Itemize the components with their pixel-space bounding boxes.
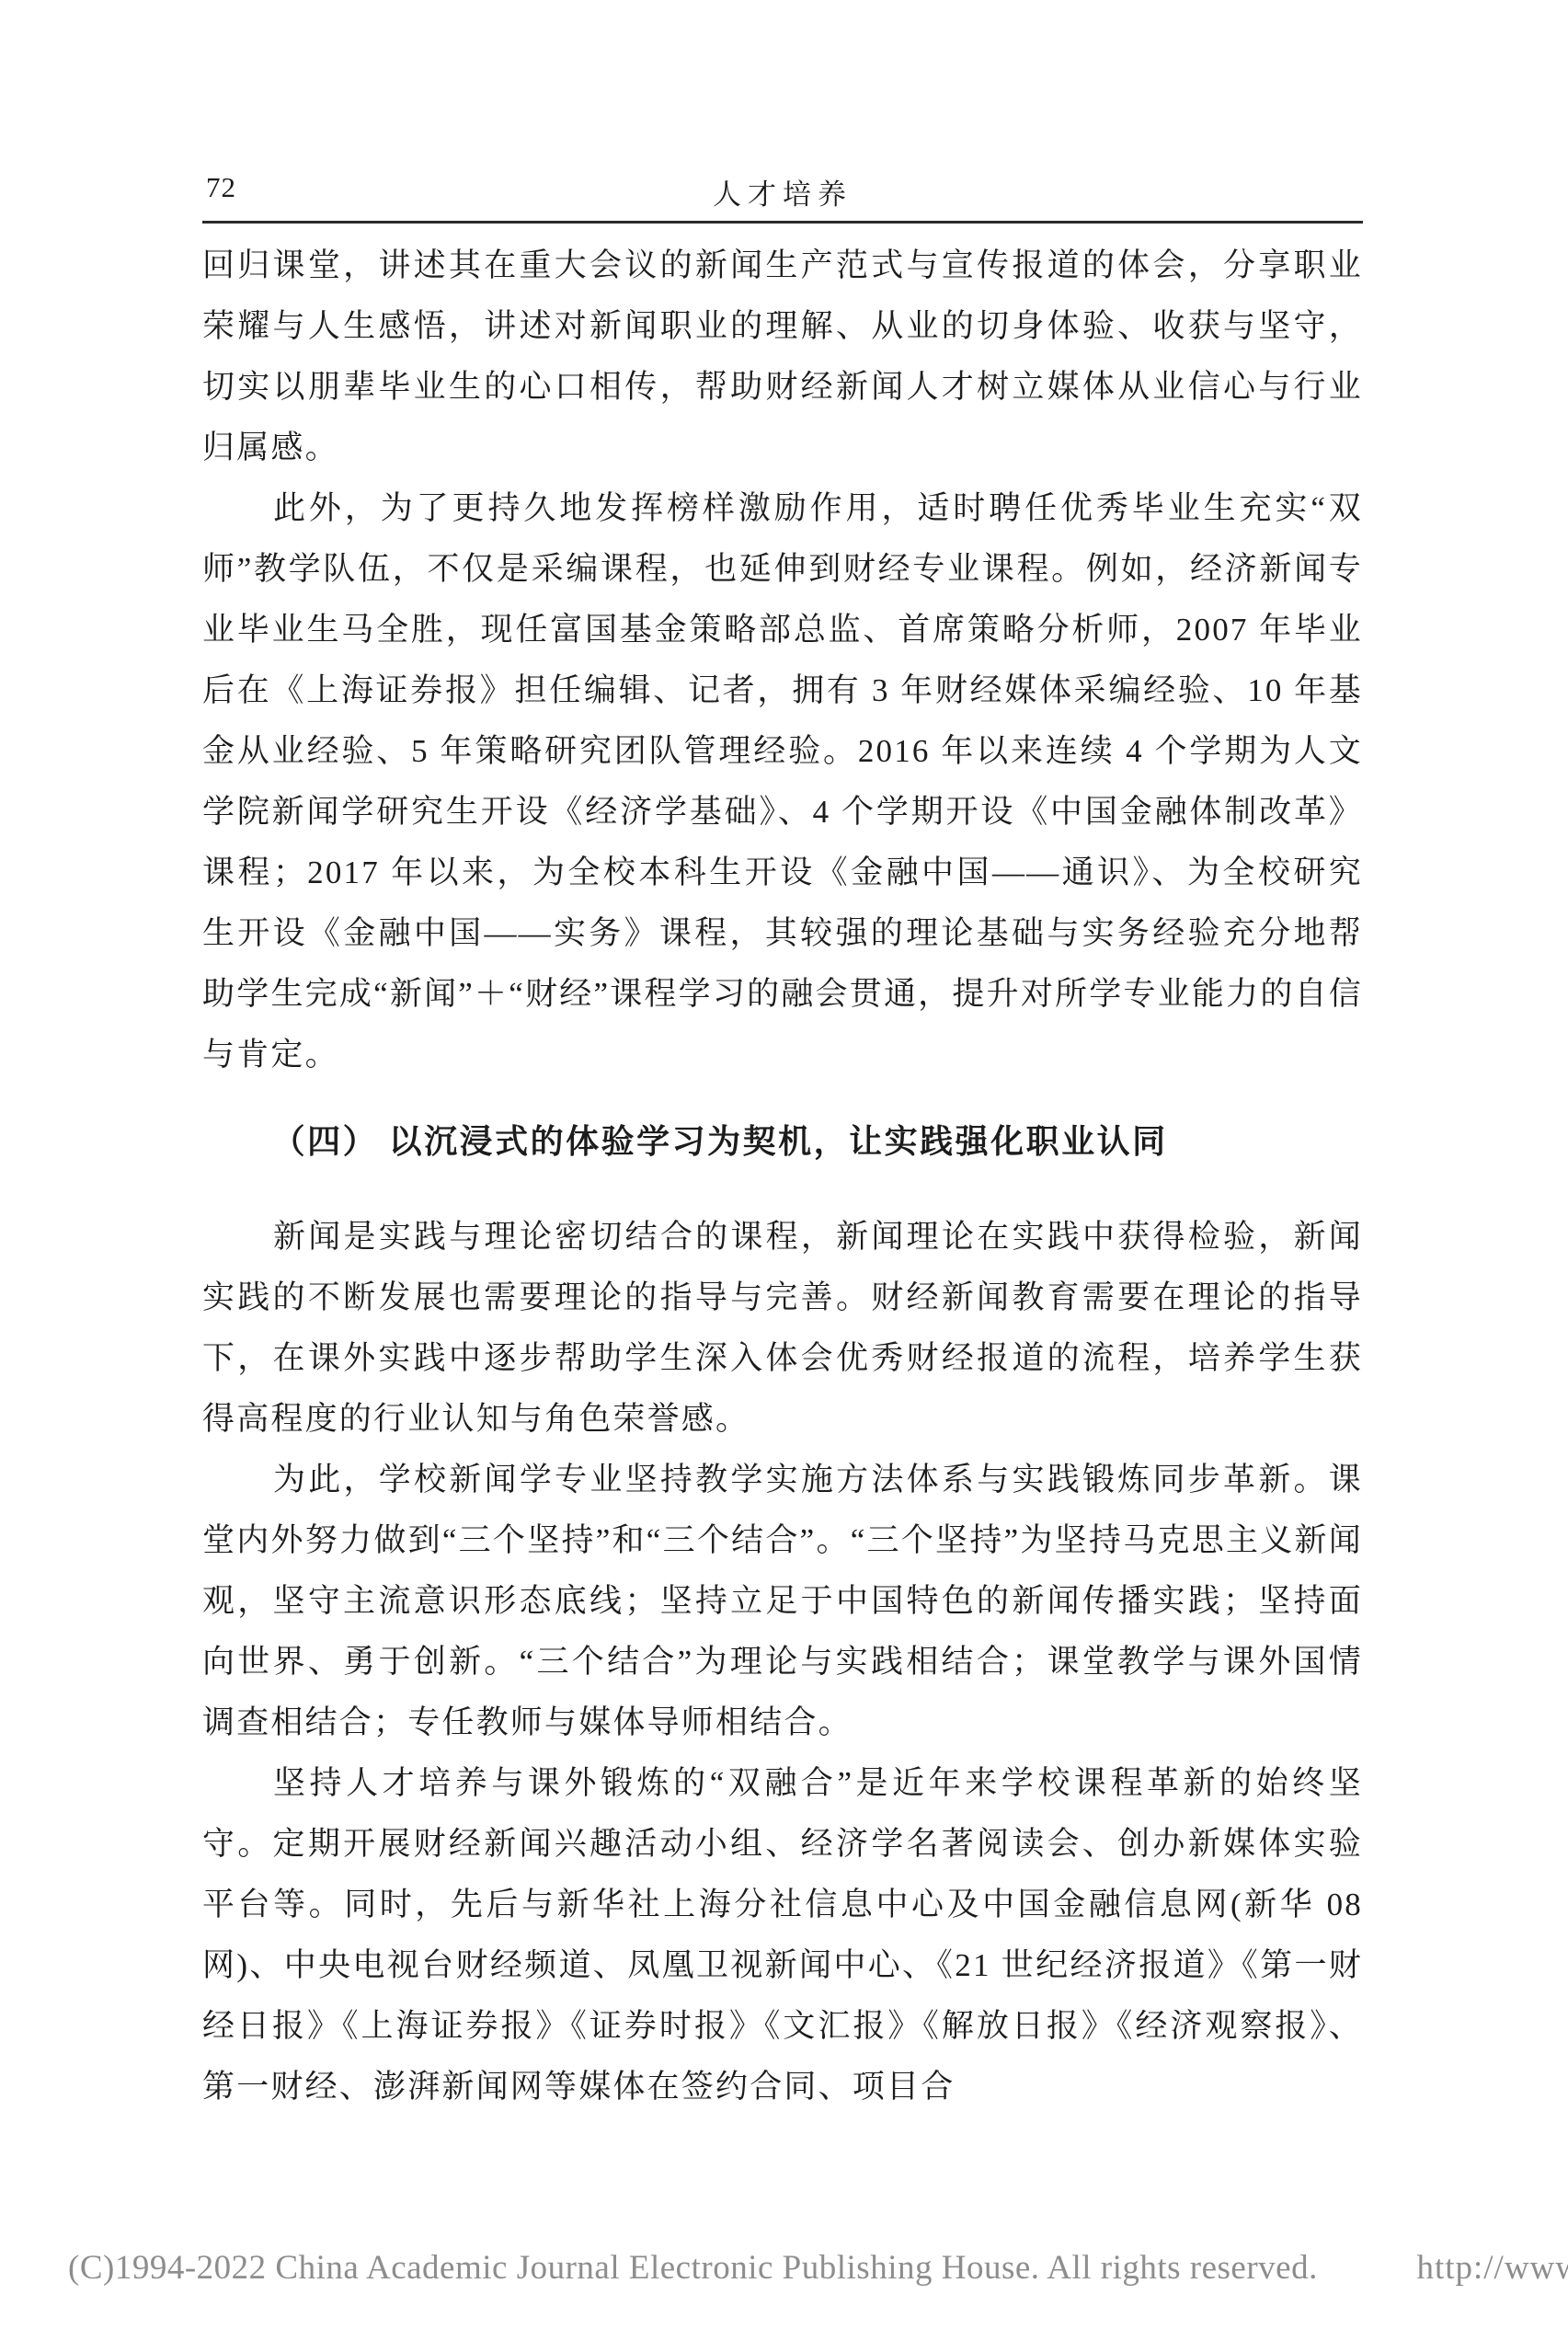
footer-url: http://www: [1416, 2248, 1568, 2288]
page-footer: (C)1994-2022 China Academic Journal Elec…: [0, 2248, 1568, 2303]
header-rule: [202, 221, 1363, 224]
paragraph: 新闻是实践与理论密切结合的课程，新闻理论在实践中获得检验，新闻实践的不断发展也需…: [202, 1207, 1363, 1450]
paragraph: 为此，学校新闻学专业坚持教学实施方法体系与实践锻炼同步革新。课堂内外努力做到“三…: [202, 1450, 1363, 1753]
body-text: 回归课堂，讲述其在重大会议的新闻生产范式与宣传报道的体会，分享职业荣耀与人生感悟…: [202, 235, 1363, 2117]
running-title: 人才培养: [202, 171, 1363, 212]
footer-copyright: (C)1994-2022 China Academic Journal Elec…: [68, 2248, 1318, 2288]
paragraph: 坚持人才培养与课外锻炼的“双融合”是近年来学校课程革新的始终坚守。定期开展财经新…: [202, 1753, 1363, 2117]
paragraph: 此外，为了更持久地发挥榜样激励作用，适时聘任优秀毕业生充实“双师”教学队伍，不仅…: [202, 478, 1363, 1085]
paragraph: 回归课堂，讲述其在重大会议的新闻生产范式与宣传报道的体会，分享职业荣耀与人生感悟…: [202, 235, 1363, 478]
running-header: 72 人才培养: [202, 169, 1363, 223]
document-page: 72 人才培养 回归课堂，讲述其在重大会议的新闻生产范式与宣传报道的体会，分享职…: [0, 0, 1568, 2352]
section-heading: （四） 以沉浸式的体验学习为契机，让实践强化职业认同: [202, 1111, 1363, 1172]
